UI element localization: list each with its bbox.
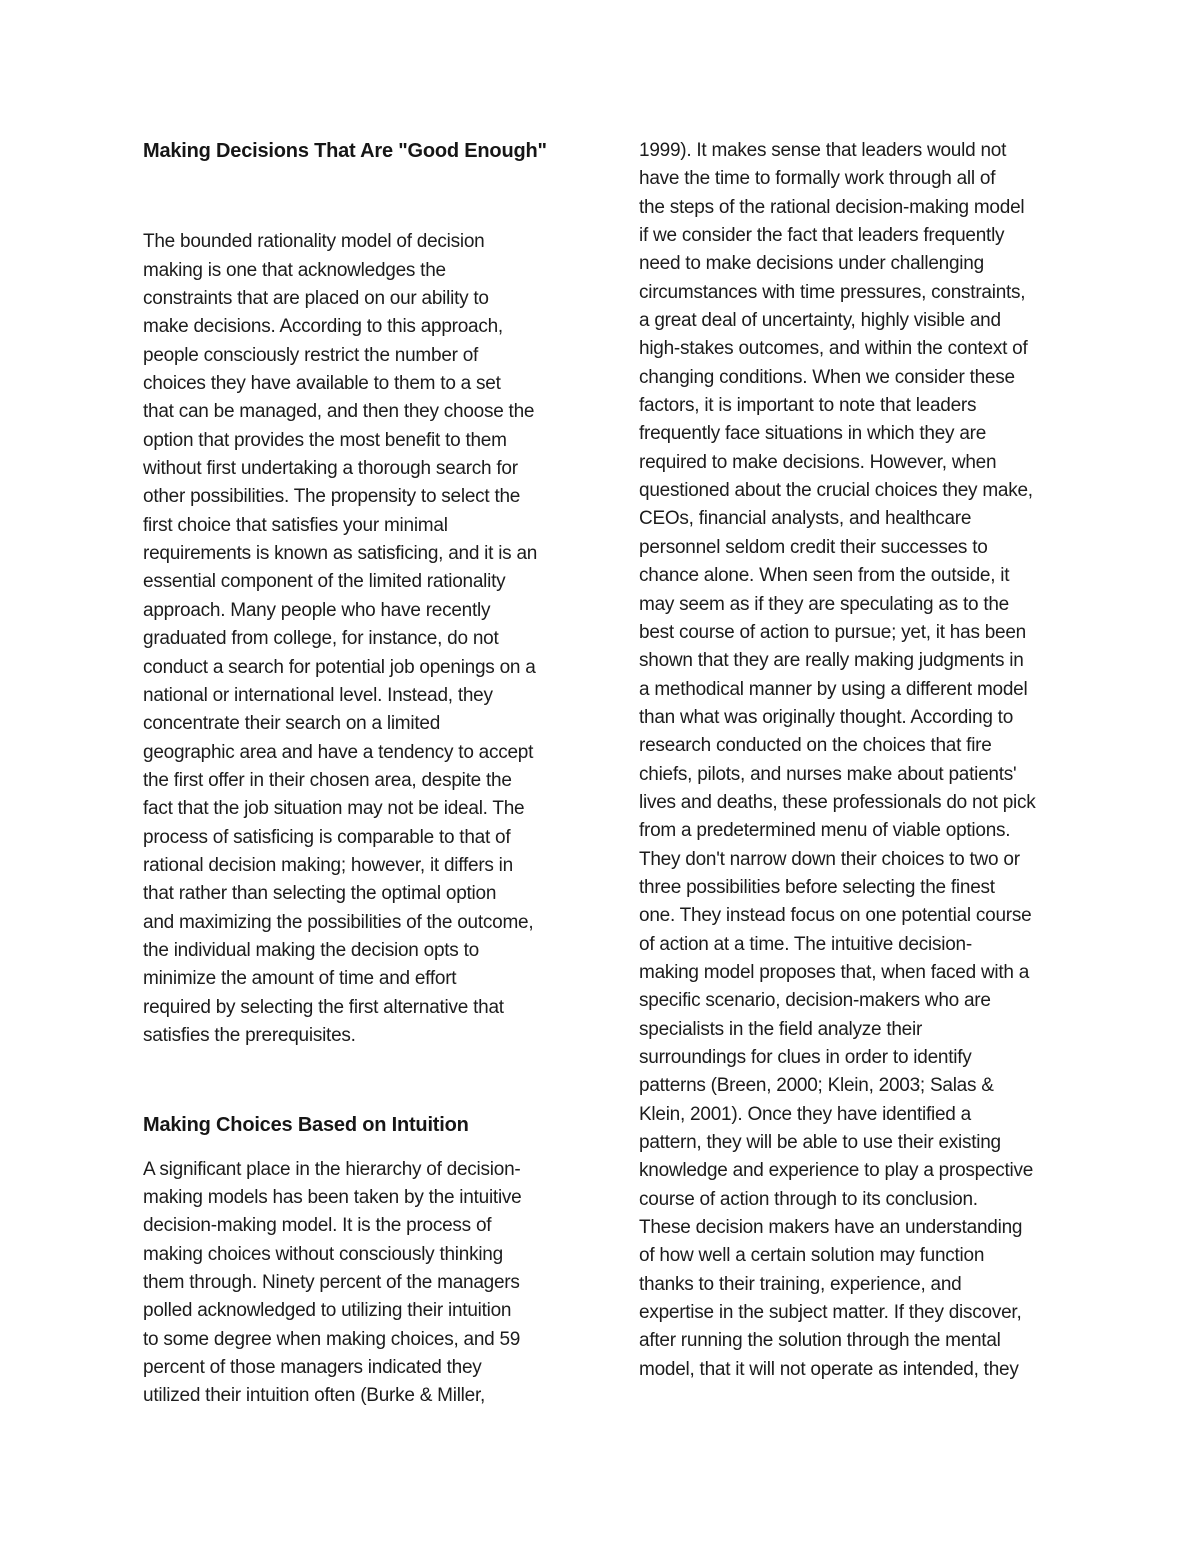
paragraph-intuitive-model-continued: 1999). It makes sense that leaders would…: [639, 137, 1069, 1384]
section-heading-intuition: Making Choices Based on Intuition: [143, 1111, 573, 1139]
right-column: 1999). It makes sense that leaders would…: [639, 137, 1069, 1411]
left-column: Making Decisions That Are "Good Enough" …: [143, 137, 573, 1411]
paragraph-intuitive-model-intro: A significant place in the hierarchy of …: [143, 1156, 573, 1411]
document-page: Making Decisions That Are "Good Enough" …: [0, 0, 1200, 1553]
two-column-layout: Making Decisions That Are "Good Enough" …: [143, 137, 1069, 1411]
section-heading-good-enough: Making Decisions That Are "Good Enough": [143, 137, 573, 165]
paragraph-bounded-rationality: The bounded rationality model of decisio…: [143, 228, 573, 1050]
